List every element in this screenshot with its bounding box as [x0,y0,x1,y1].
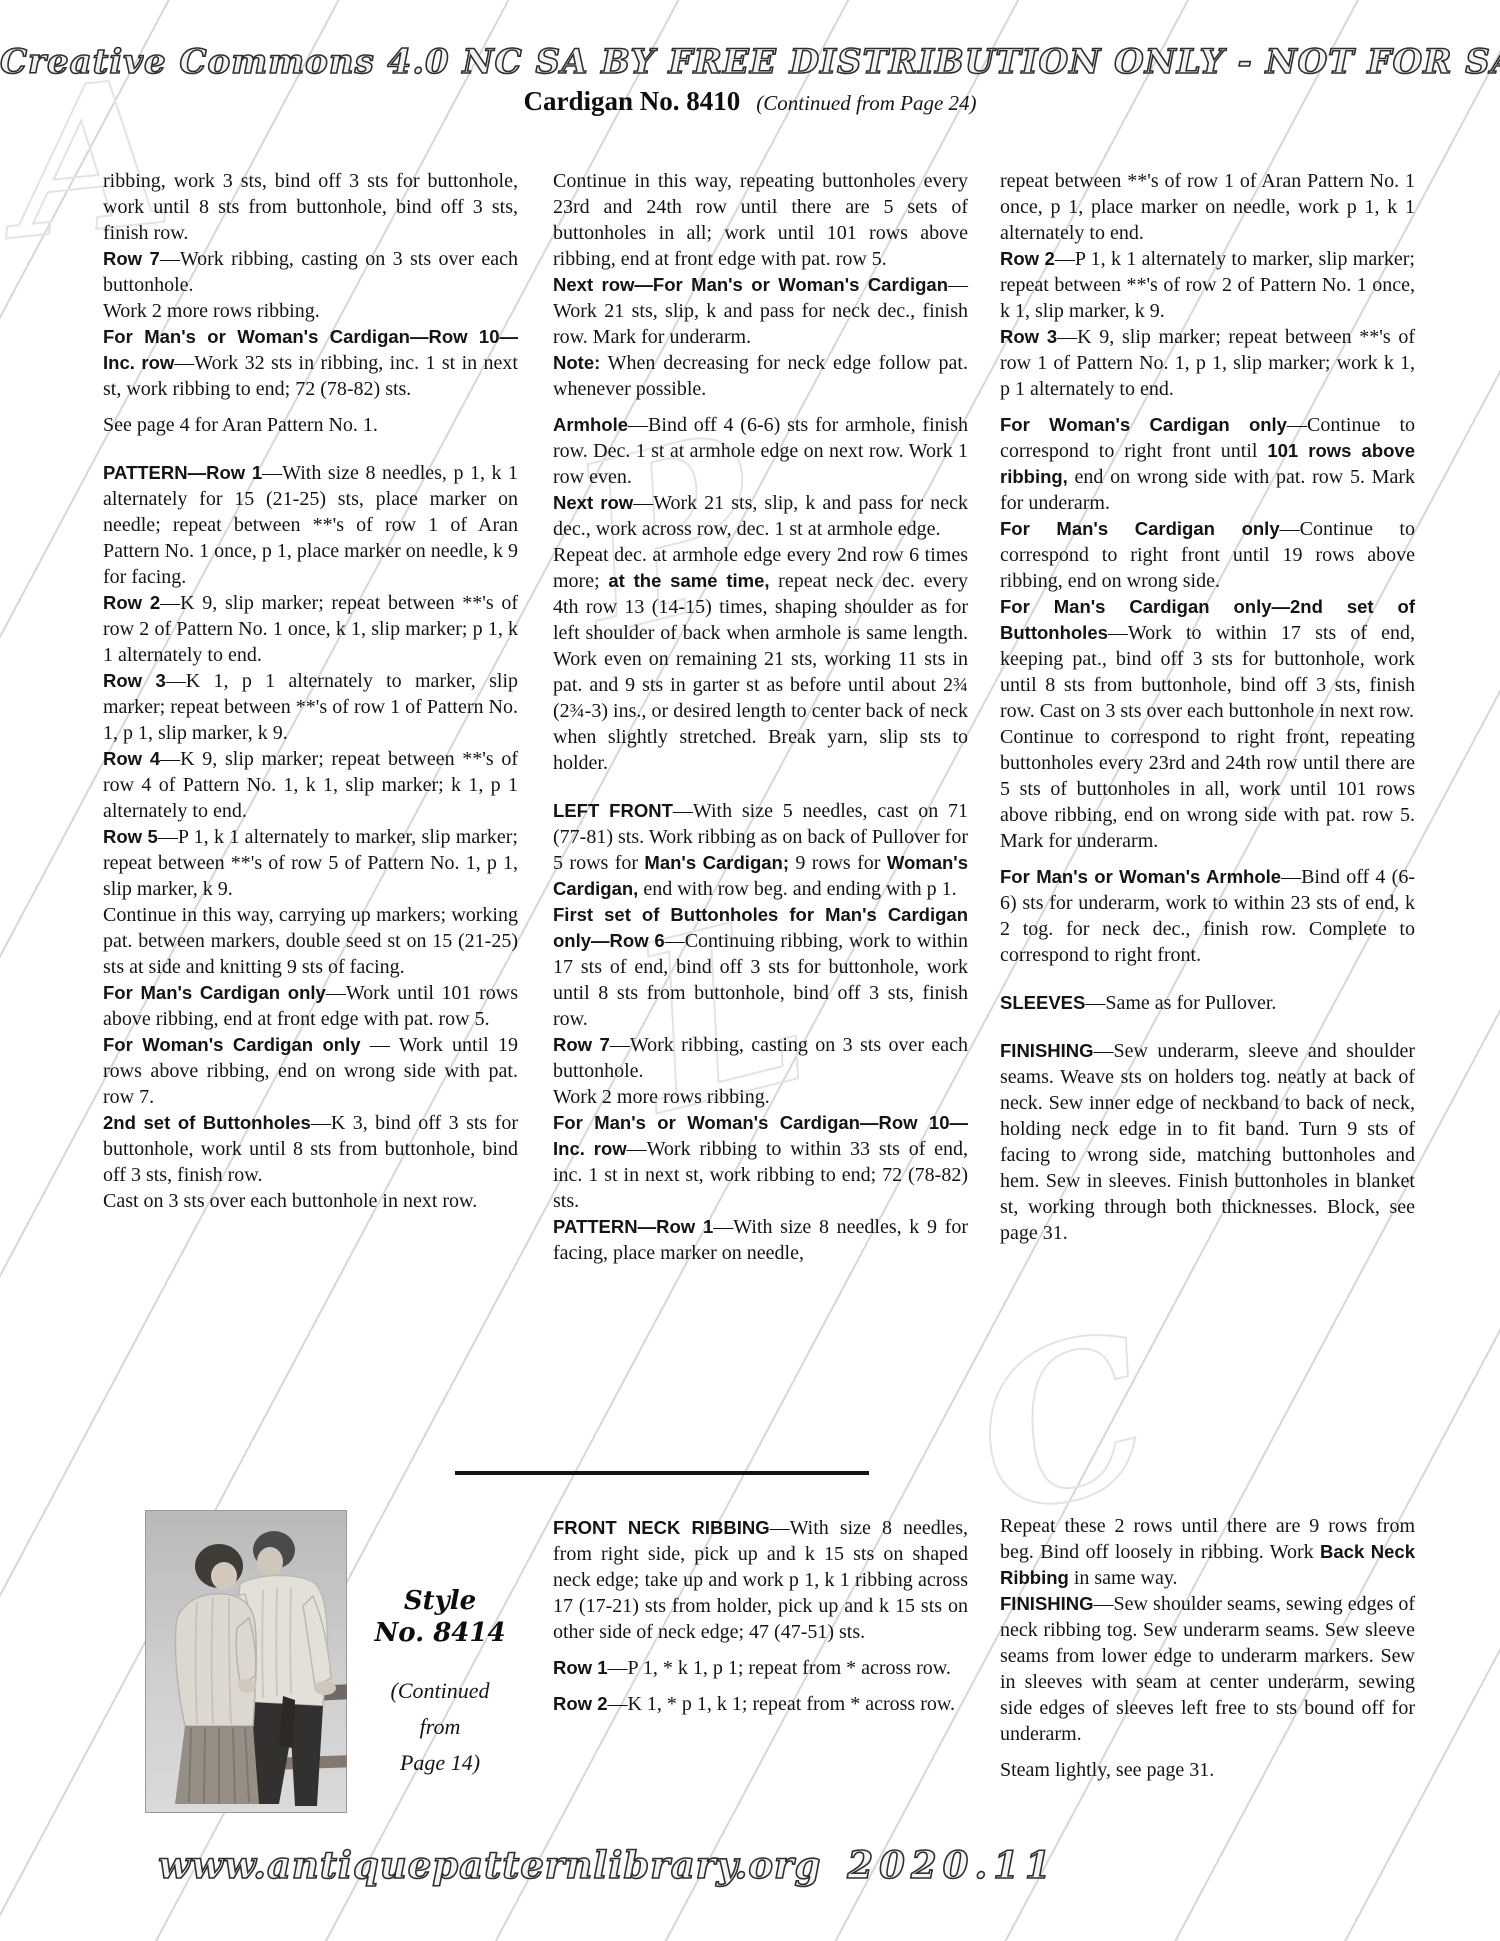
body-text: —Sew shoulder seams, sewing edges of nec… [1000,1593,1415,1745]
style-photo [145,1510,347,1813]
paragraph: FRONT NECK RIBBING—With size 8 needles, … [553,1515,968,1645]
bold-text: 2nd set of Buttonholes [103,1112,311,1133]
body-text: Continue in this way, carrying up marker… [103,904,518,978]
bold-text: Man's Cardigan; [644,852,789,873]
bold-text: FINISHING [1000,1593,1094,1614]
style-number-line2: No. 8414 [355,1617,525,1649]
page-title-row: Cardigan No. 8410 (Continued from Page 2… [0,86,1500,117]
page-content: Creative Commons 4.0 NC SA BY FREE DISTR… [0,0,1500,1941]
section-divider [455,1471,869,1475]
paragraph: Row 5—P 1, k 1 alternately to marker, sl… [103,824,518,902]
bold-text: For Man's Cardigan only [103,982,326,1003]
paragraph: Row 7—Work ribbing, casting on 3 sts ove… [103,246,518,298]
paragraph: Row 7—Work ribbing, casting on 3 sts ove… [553,1032,968,1084]
body-text: Work 2 more rows ribbing. [103,300,320,322]
body-text: Continue to correspond to right front, r… [1000,726,1415,852]
body-text: repeat between **'s of row 1 of Aran Pat… [1000,170,1415,244]
bold-text: Row 4 [103,748,160,769]
bold-text: Row 5 [103,826,158,847]
paragraph: PATTERN—Row 1—With size 8 needles, k 9 f… [553,1214,968,1266]
bold-text: Row 2 [103,592,160,613]
body-text: —Sew underarm, sleeve and shoulder seams… [1000,1040,1415,1244]
body-text: When decreasing for neck edge follow pat… [553,352,968,400]
style-continued-note: (Continued from Page 14) [355,1673,525,1781]
paragraph: See page 4 for Aran Pattern No. 1. [103,412,518,438]
body-text: —K 1, * p 1, k 1; repeat from * across r… [607,1693,955,1715]
body-text: —P 1, k 1 alternately to marker, slip ma… [1000,248,1415,322]
body-text: end with row beg. and ending with p 1. [638,878,956,900]
body-text: repeat neck dec. every 4th row 13 (14-15… [553,570,968,774]
bold-text: For Woman's Cardigan only [1000,414,1287,435]
bold-text: For Woman's Cardigan only [103,1034,361,1055]
paragraph: Note: When decreasing for neck edge foll… [553,350,968,402]
paragraph: FINISHING—Sew shoulder seams, sewing edg… [1000,1591,1415,1747]
body-text: Work 2 more rows ribbing. [553,1086,770,1108]
body-text: Cast on 3 sts over each buttonhole in ne… [103,1190,477,1212]
paragraph: Row 2—K 1, * p 1, k 1; repeat from * acr… [553,1691,968,1717]
paragraph: PATTERN—Row 1—With size 8 needles, p 1, … [103,460,518,590]
bold-text: For Man's Cardigan only [1000,518,1280,539]
body-text: —K 9, slip marker; repeat between **'s o… [103,748,518,822]
bold-text: Row 3 [103,670,166,691]
paragraph: 2nd set of Buttonholes—K 3, bind off 3 s… [103,1110,518,1188]
paragraph: Repeat these 2 rows until there are 9 ro… [1000,1513,1415,1591]
paragraph: For Man's or Woman's Cardigan—Row 10—Inc… [553,1110,968,1214]
footer-url: www.antiquepatternlibrary.org [158,1843,821,1887]
paragraph: LEFT FRONT—With size 5 needles, cast on … [553,798,968,902]
style-continued-line1: (Continued [355,1673,525,1709]
paragraph: For Man's or Woman's Cardigan—Row 10—Inc… [103,324,518,402]
bold-text: SLEEVES [1000,992,1085,1013]
page-title: Cardigan No. 8410 [523,86,740,116]
paragraph: Row 4—K 9, slip marker; repeat between *… [103,746,518,824]
bold-text: Note: [553,352,600,373]
paragraph: Row 1—P 1, * k 1, p 1; repeat from * acr… [553,1655,968,1681]
paragraph: ribbing, work 3 sts, bind off 3 sts for … [103,168,518,246]
footer-edition: 2020.11 [847,1843,1056,1887]
paragraph: Continue to correspond to right front, r… [1000,724,1415,854]
copyright-banner: Creative Commons 4.0 NC SA BY FREE DISTR… [0,42,1215,82]
bold-text: Row 7 [103,248,160,269]
body-text: —K 1, p 1 alternately to marker, slip ma… [103,670,518,744]
body-text: —Work ribbing, casting on 3 sts over eac… [553,1034,968,1082]
paragraph: For Woman's Cardigan only — Work until 1… [103,1032,518,1110]
body-text: ribbing, work 3 sts, bind off 3 sts for … [103,170,518,244]
paragraph: Repeat dec. at armhole edge every 2nd ro… [553,542,968,776]
body-text: Steam lightly, see page 31. [1000,1759,1214,1781]
paragraph: repeat between **'s of row 1 of Aran Pat… [1000,168,1415,246]
page-title-continued: (Continued from Page 24) [756,91,976,115]
paragraph: FINISHING—Sew underarm, sleeve and shoul… [1000,1038,1415,1246]
style-continued-line3: Page 14) [355,1745,525,1781]
paragraph: Cast on 3 sts over each buttonhole in ne… [103,1188,518,1214]
paragraph: SLEEVES—Same as for Pullover. [1000,990,1415,1016]
body-text: —P 1, * k 1, p 1; repeat from * across r… [607,1657,950,1679]
body-text: —K 9, slip marker; repeat between **'s o… [1000,326,1415,400]
bold-text: Row 3 [1000,326,1057,347]
paragraph: Continue in this way, carrying up marker… [103,902,518,980]
body-text: in same way. [1069,1567,1178,1589]
bottom-column-3: Repeat these 2 rows until there are 9 ro… [1000,1513,1415,1783]
body-text: —Same as for Pullover. [1085,992,1276,1014]
body-text: Continue in this way, repeating buttonho… [553,170,968,270]
bold-text: FRONT NECK RIBBING [553,1517,770,1538]
bold-text: Next row [553,492,633,513]
bold-text: Next row—For Man's or Woman's Cardigan [553,274,948,295]
column-1: ribbing, work 3 sts, bind off 3 sts for … [103,168,518,1214]
paragraph: Next row—For Man's or Woman's Cardigan—W… [553,272,968,350]
paragraph: Continue in this way, repeating buttonho… [553,168,968,272]
body-text: 9 rows for [789,852,887,874]
bold-text: For Man's or Woman's Armhole [1000,866,1281,887]
bold-text: Armhole [553,414,628,435]
bold-text: FINISHING [1000,1040,1094,1061]
column-2: Continue in this way, repeating buttonho… [553,168,968,1266]
paragraph: For Woman's Cardigan only—Continue to co… [1000,412,1415,516]
body-text: —K 9, slip marker; repeat between **'s o… [103,592,518,666]
paragraph: Row 2—K 9, slip marker; repeat between *… [103,590,518,668]
page: APLC Creative Commons 4.0 NC SA BY FREE … [0,0,1500,1941]
bold-text: at the same time, [608,570,769,591]
bottom-column-2: FRONT NECK RIBBING—With size 8 needles, … [553,1515,968,1717]
bold-text: Row 2 [1000,248,1055,269]
body-text: —Work ribbing, casting on 3 sts over eac… [103,248,518,296]
paragraph: First set of Buttonholes for Man's Cardi… [553,902,968,1032]
style-number-line1: Style [355,1585,525,1617]
body-text: —P 1, k 1 alternately to marker, slip ma… [103,826,518,900]
bold-text: PATTERN—Row 1 [103,462,262,483]
style-continued-line2: from [355,1709,525,1745]
paragraph: Next row—Work 21 sts, slip, k and pass f… [553,490,968,542]
bold-text: Row 7 [553,1034,610,1055]
bold-text: Row 1 [553,1657,607,1678]
style-number: Style No. 8414 [355,1585,525,1649]
paragraph: Steam lightly, see page 31. [1000,1757,1415,1783]
paragraph: For Man's or Woman's Armhole—Bind off 4 … [1000,864,1415,968]
paragraph: Row 3—K 9, slip marker; repeat between *… [1000,324,1415,402]
paragraph: Row 2—P 1, k 1 alternately to marker, sl… [1000,246,1415,324]
paragraph: For Man's Cardigan only—2nd set of Butto… [1000,594,1415,724]
paragraph: Armhole—Bind off 4 (6-6) sts for armhole… [553,412,968,490]
paragraph: Work 2 more rows ribbing. [103,298,518,324]
column-3: repeat between **'s of row 1 of Aran Pat… [1000,168,1415,1246]
paragraph: Work 2 more rows ribbing. [553,1084,968,1110]
bold-text: PATTERN—Row 1 [553,1216,713,1237]
style-caption: Style No. 8414 (Continued from Page 14) [355,1585,525,1781]
paragraph: Row 3—K 1, p 1 alternately to marker, sl… [103,668,518,746]
bold-text: Row 2 [553,1693,607,1714]
paragraph: For Man's Cardigan only—Continue to corr… [1000,516,1415,594]
body-text: See page 4 for Aran Pattern No. 1. [103,414,378,436]
footer-watermark: www.antiquepatternlibrary.org2020.11 [0,1843,1215,1887]
bold-text: LEFT FRONT [553,800,673,821]
paragraph: For Man's Cardigan only—Work until 101 r… [103,980,518,1032]
